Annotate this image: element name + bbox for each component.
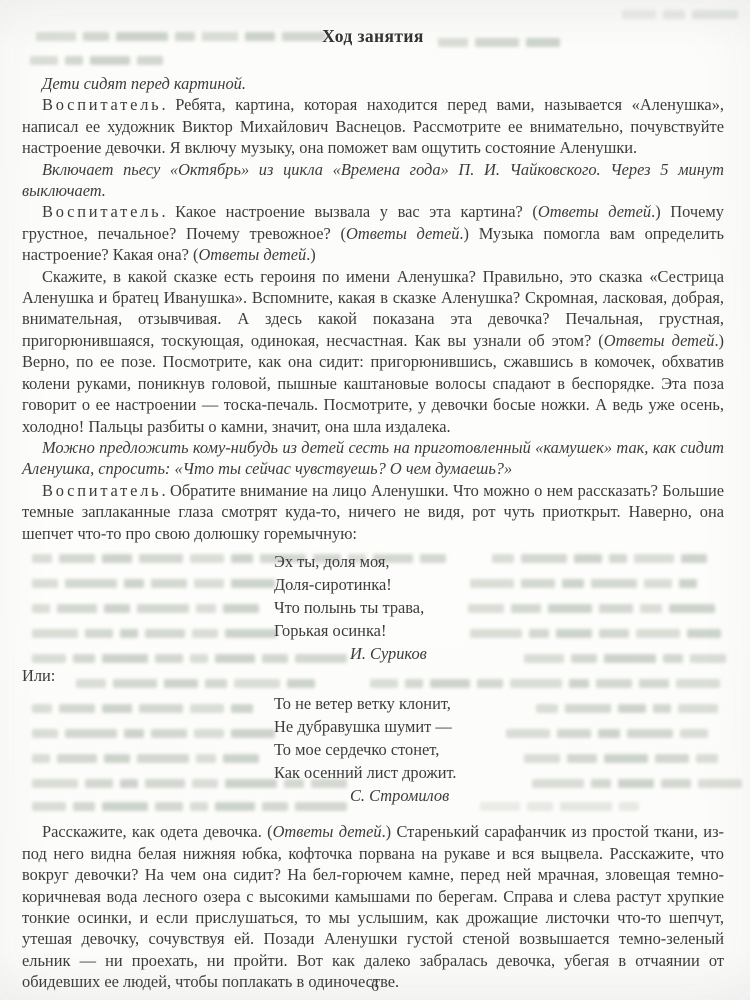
page-number: 6: [0, 978, 750, 996]
text-run: Ответы детей: [273, 822, 382, 841]
text-run: Ответы детей: [198, 245, 306, 264]
document-page: Ход занятия Дети сидят перед картиной.Во…: [0, 0, 750, 1000]
verse-line: Доля-сиротинка!: [274, 573, 724, 596]
bleedthrough-word: [692, 10, 738, 19]
paragraph: Воспитатель. Какое настроение вызвала у …: [22, 201, 724, 265]
verse-line: Не дубравушка шумит —: [274, 715, 724, 738]
paragraph: Скажите, в какой сказке есть героиня по …: [22, 266, 724, 437]
verse-attribution: И. Суриков: [350, 642, 724, 665]
paragraph: Включает пьесу «Октябрь» из цикла «Време…: [22, 159, 724, 202]
text-run: . Какое настроение вызвала у вас эта кар…: [161, 202, 537, 221]
verse: То не ветер ветку клонит,Не дубравушка ш…: [274, 692, 724, 807]
text-run: Или:: [22, 666, 55, 685]
page-content: Ход занятия Дети сидят перед картиной.Во…: [22, 26, 724, 993]
verse-line: Горькая осинка!: [274, 619, 724, 642]
verse-line: Что полынь ты трава,: [274, 596, 724, 619]
verse-attribution: С. Стромилов: [350, 784, 724, 807]
text-block: Дети сидят перед картиной.Воспитатель. Р…: [22, 73, 724, 993]
text-run: Воспитатель: [42, 481, 161, 500]
text-run: Можно предложить кому-нибудь из детей се…: [22, 438, 724, 478]
text-run: Ответы детей: [538, 202, 651, 221]
verse-line: То не ветер ветку клонит,: [274, 692, 724, 715]
page-title: Ход занятия: [22, 26, 724, 47]
text-run: .) Старенький сарафанчик из простой ткан…: [22, 822, 724, 991]
bleedthrough-word: [663, 10, 685, 19]
paragraph: Можно предложить кому-нибудь из детей се…: [22, 437, 724, 480]
text-run: .): [306, 245, 316, 264]
bleedthrough-text: [622, 10, 732, 19]
text-run: Ответы детей: [604, 331, 715, 350]
paragraph: Расскажите, как одета девочка. (Ответы д…: [22, 821, 724, 992]
text-run: Включает пьесу «Октябрь» из цикла «Време…: [22, 160, 724, 200]
text-run: Расскажите, как одета девочка. (: [42, 822, 273, 841]
verse-line: Как осенний лист дрожит.: [274, 761, 724, 784]
text-run: Дети сидят перед картиной.: [42, 74, 246, 93]
text-run: Ответы детей: [346, 224, 459, 243]
verse-line: Эх ты, доля моя,: [274, 550, 724, 573]
bleedthrough-word: [622, 10, 656, 19]
paragraph: Воспитатель. Обратите внимание на лицо А…: [22, 480, 724, 544]
text-run: Воспитатель: [42, 95, 161, 114]
text-run: Воспитатель: [42, 202, 161, 221]
paragraph: Воспитатель. Ребята, картина, которая на…: [22, 94, 724, 158]
paragraph: Или:: [22, 665, 724, 686]
verse: Эх ты, доля моя,Доля-сиротинка!Что полын…: [274, 550, 724, 665]
verse-line: То мое сердечко стонет,: [274, 738, 724, 761]
paragraph: Дети сидят перед картиной.: [22, 73, 724, 94]
